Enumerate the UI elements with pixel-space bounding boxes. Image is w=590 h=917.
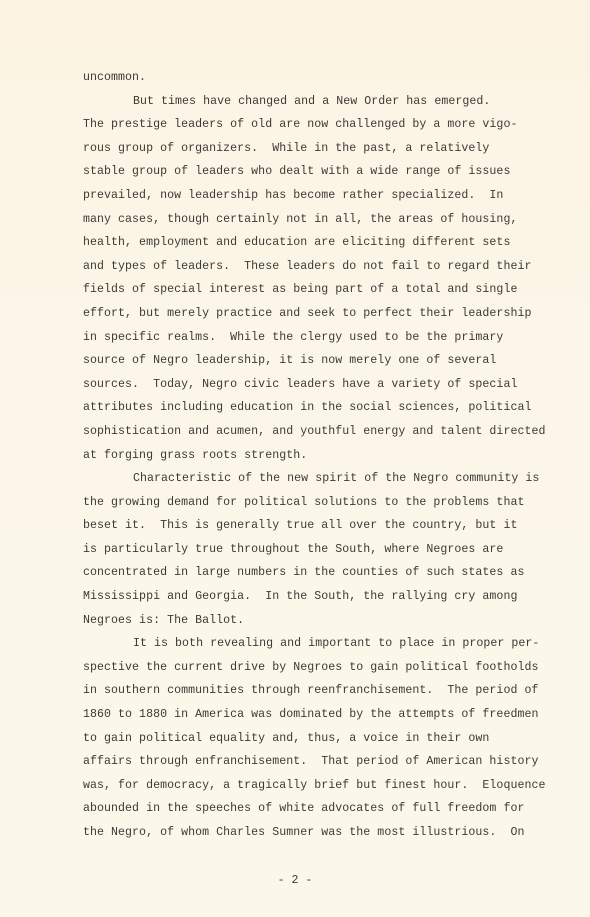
text-line: fields of special interest as being part… xyxy=(83,278,583,302)
text-line: to gain political equality and, thus, a … xyxy=(83,727,583,751)
text-line: was, for democracy, a tragically brief b… xyxy=(83,774,583,798)
text-line: effort, but merely practice and seek to … xyxy=(83,302,583,326)
text-line: many cases, though certainly not in all,… xyxy=(83,208,583,232)
text-line: Negroes is: The Ballot. xyxy=(83,609,583,633)
document-page: uncommon.But times have changed and a Ne… xyxy=(0,0,590,917)
text-line: uncommon. xyxy=(83,66,583,90)
text-line: attributes including education in the so… xyxy=(83,396,583,420)
text-line: stable group of leaders who dealt with a… xyxy=(83,160,583,184)
text-line: and types of leaders. These leaders do n… xyxy=(83,255,583,279)
text-line: the growing demand for political solutio… xyxy=(83,491,583,515)
text-line: rous group of organizers. While in the p… xyxy=(83,137,583,161)
text-line: the Negro, of whom Charles Sumner was th… xyxy=(83,821,583,845)
text-line: affairs through enfranchisement. That pe… xyxy=(83,750,583,774)
text-line: 1860 to 1880 in America was dominated by… xyxy=(83,703,583,727)
text-line: Characteristic of the new spirit of the … xyxy=(83,467,583,491)
page-number: - 2 - xyxy=(0,874,590,887)
text-line: prevailed, now leadership has become rat… xyxy=(83,184,583,208)
text-line: sophistication and acumen, and youthful … xyxy=(83,420,583,444)
text-line: But times have changed and a New Order h… xyxy=(83,90,583,114)
text-line: source of Negro leadership, it is now me… xyxy=(83,349,583,373)
text-line: at forging grass roots strength. xyxy=(83,444,583,468)
text-line: health, employment and education are eli… xyxy=(83,231,583,255)
text-line: in southern communities through reenfran… xyxy=(83,679,583,703)
text-line: beset it. This is generally true all ove… xyxy=(83,514,583,538)
text-line: sources. Today, Negro civic leaders have… xyxy=(83,373,583,397)
text-line: abounded in the speeches of white advoca… xyxy=(83,797,583,821)
text-line: spective the current drive by Negroes to… xyxy=(83,656,583,680)
body-text: uncommon.But times have changed and a Ne… xyxy=(83,66,583,845)
text-line: The prestige leaders of old are now chal… xyxy=(83,113,583,137)
text-line: is particularly true throughout the Sout… xyxy=(83,538,583,562)
text-line: Mississippi and Georgia. In the South, t… xyxy=(83,585,583,609)
text-line: It is both revealing and important to pl… xyxy=(83,632,583,656)
text-line: in specific realms. While the clergy use… xyxy=(83,326,583,350)
text-line: concentrated in large numbers in the cou… xyxy=(83,561,583,585)
